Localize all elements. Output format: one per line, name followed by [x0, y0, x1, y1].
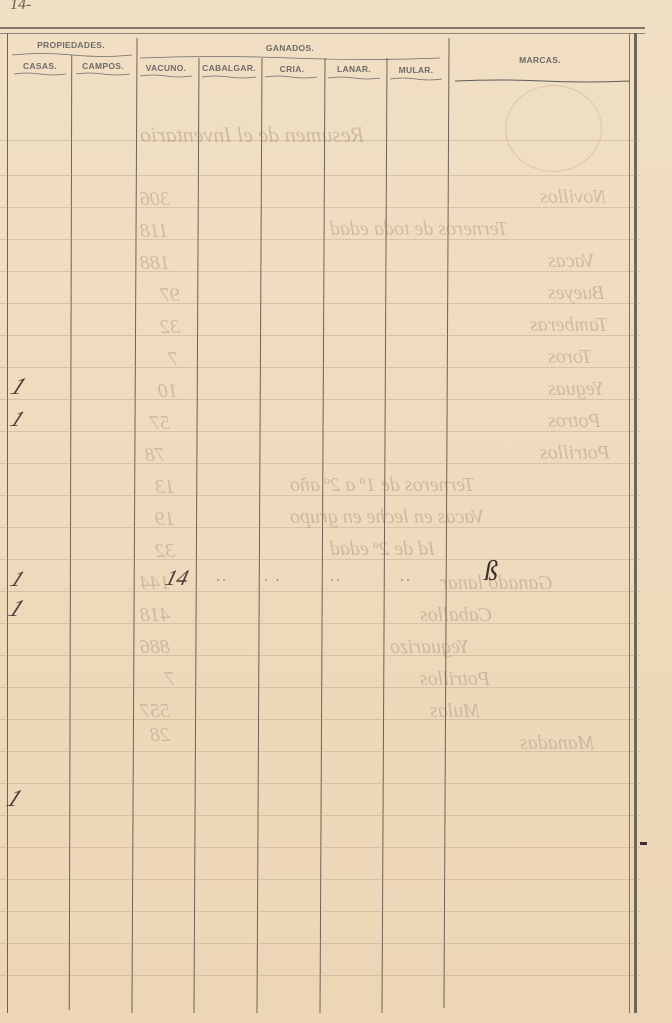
header-group-ganados: GANADOS. — [200, 43, 380, 53]
header-group-propiedades: PROPIEDADES. — [10, 40, 132, 50]
column-header-lanar: LANAR. — [324, 64, 384, 74]
bleedthrough-line: Novillos — [540, 186, 607, 209]
bleedthrough-line: Tamberas — [530, 314, 608, 337]
bleedthrough-number: 28 — [150, 724, 170, 747]
column-header-cabalgar: CABALGAR. — [198, 63, 260, 73]
row-rule — [0, 815, 640, 816]
bleedthrough-number: 32 — [155, 540, 175, 563]
column-rule — [69, 55, 73, 1010]
vacuno-entry: 14 — [163, 565, 192, 591]
bleedthrough-number: 188 — [140, 252, 170, 275]
row-rule — [0, 431, 640, 432]
row-rule — [0, 847, 640, 848]
casas-entry: 1 — [6, 406, 29, 432]
row-rule — [0, 271, 640, 272]
bleedthrough-number: 7 — [165, 668, 175, 691]
bleedthrough-number: 19 — [155, 508, 175, 531]
bleedthrough-number: 10 — [158, 380, 178, 403]
bleedthrough-number: 32 — [160, 316, 180, 339]
bleedthrough-number: 57 — [150, 412, 170, 435]
row-rule — [0, 879, 640, 880]
row-rule — [0, 687, 640, 688]
leader-dots: ·· — [330, 572, 342, 586]
row-rule — [0, 399, 640, 400]
margin-mark — [640, 842, 647, 845]
bleedthrough-line: Terneros de 1ª a 2ª año — [290, 474, 475, 497]
row-rule — [0, 367, 640, 368]
column-rule — [193, 58, 199, 1013]
column-underline — [265, 74, 317, 80]
right-border — [629, 33, 637, 1013]
bleedthrough-number: 7 — [168, 348, 178, 371]
bleedthrough-title: Resumen de el Inventario — [140, 122, 364, 148]
leader-dots: ·· — [216, 572, 228, 586]
column-header-casas: CASAS. — [10, 61, 70, 71]
column-underline — [202, 74, 256, 80]
column-underline — [328, 75, 380, 81]
column-rule — [381, 58, 387, 1013]
page-number: 14- — [10, 0, 31, 14]
marca-symbol: ß — [484, 556, 498, 588]
column-underline — [14, 71, 66, 77]
leader-dots: ·· — [400, 572, 412, 586]
row-rule — [0, 303, 640, 304]
ledger-page: 14- PROPIEDADES. GANADOS. CASAS. CAMPOS.… — [0, 0, 672, 1023]
bleedthrough-line: Vacas en leche en grupo — [290, 506, 484, 529]
column-header-campos: CAMPOS. — [72, 61, 134, 71]
row-rule — [0, 623, 640, 624]
column-underline — [390, 76, 442, 82]
bleedthrough-line: Yeguarizo — [390, 636, 469, 659]
column-underline — [455, 78, 630, 84]
row-rule — [0, 943, 640, 944]
casas-entry: 1 — [6, 566, 29, 592]
column-underline — [76, 71, 130, 77]
top-border — [0, 27, 645, 34]
casas-entry: 1 — [6, 374, 31, 401]
bleedthrough-number: 78 — [145, 444, 165, 467]
faded-stamp — [505, 85, 602, 172]
bleedthrough-line: Mulas — [430, 700, 480, 723]
column-header-vacuno: VACUNO. — [136, 63, 196, 73]
header-divider — [12, 52, 132, 58]
bleedthrough-line: Terneros de toda edad — [330, 218, 508, 241]
row-rule — [0, 975, 640, 976]
column-header-marcas: MARCAS. — [450, 55, 630, 65]
row-rule — [0, 175, 640, 176]
column-header-cria: CRIA. — [261, 64, 323, 74]
bleedthrough-number: 97 — [160, 284, 180, 307]
bleedthrough-number: 13 — [155, 476, 175, 499]
column-rule — [319, 58, 325, 1013]
column-rule — [7, 33, 8, 1013]
casas-entry: 1 — [2, 786, 27, 813]
row-rule — [0, 559, 640, 560]
bleedthrough-line: Potros — [548, 410, 601, 433]
bleedthrough-line: Manadas — [520, 732, 594, 755]
leader-dots: · · — [264, 572, 281, 586]
row-rule — [0, 655, 640, 656]
bleedthrough-line: Potrillos — [420, 668, 490, 691]
bleedthrough-number: 418 — [140, 604, 170, 627]
bleedthrough-number: 557 — [140, 700, 170, 723]
bleedthrough-line: Bueyes — [548, 282, 605, 305]
bleedthrough-number: 118 — [140, 220, 169, 243]
bleedthrough-line: Toros — [548, 346, 592, 369]
column-rule — [256, 58, 262, 1013]
column-header-mular: MULAR. — [386, 65, 446, 75]
bleedthrough-line: Yeguas — [548, 378, 604, 401]
bleedthrough-line: Caballos — [420, 604, 492, 627]
bleedthrough-number: 886 — [140, 636, 170, 659]
row-rule — [0, 783, 640, 784]
row-rule — [0, 719, 640, 720]
row-rule — [0, 239, 640, 240]
column-underline — [140, 73, 192, 79]
column-rule — [131, 38, 137, 1013]
bleedthrough-line: Vacas — [548, 250, 595, 273]
header-divider — [140, 55, 440, 61]
bleedthrough-number: 306 — [140, 188, 170, 211]
bleedthrough-line: Potrillos — [540, 442, 610, 465]
row-rule — [0, 911, 640, 912]
bleedthrough-line: Id de 2ª edad — [330, 538, 435, 561]
